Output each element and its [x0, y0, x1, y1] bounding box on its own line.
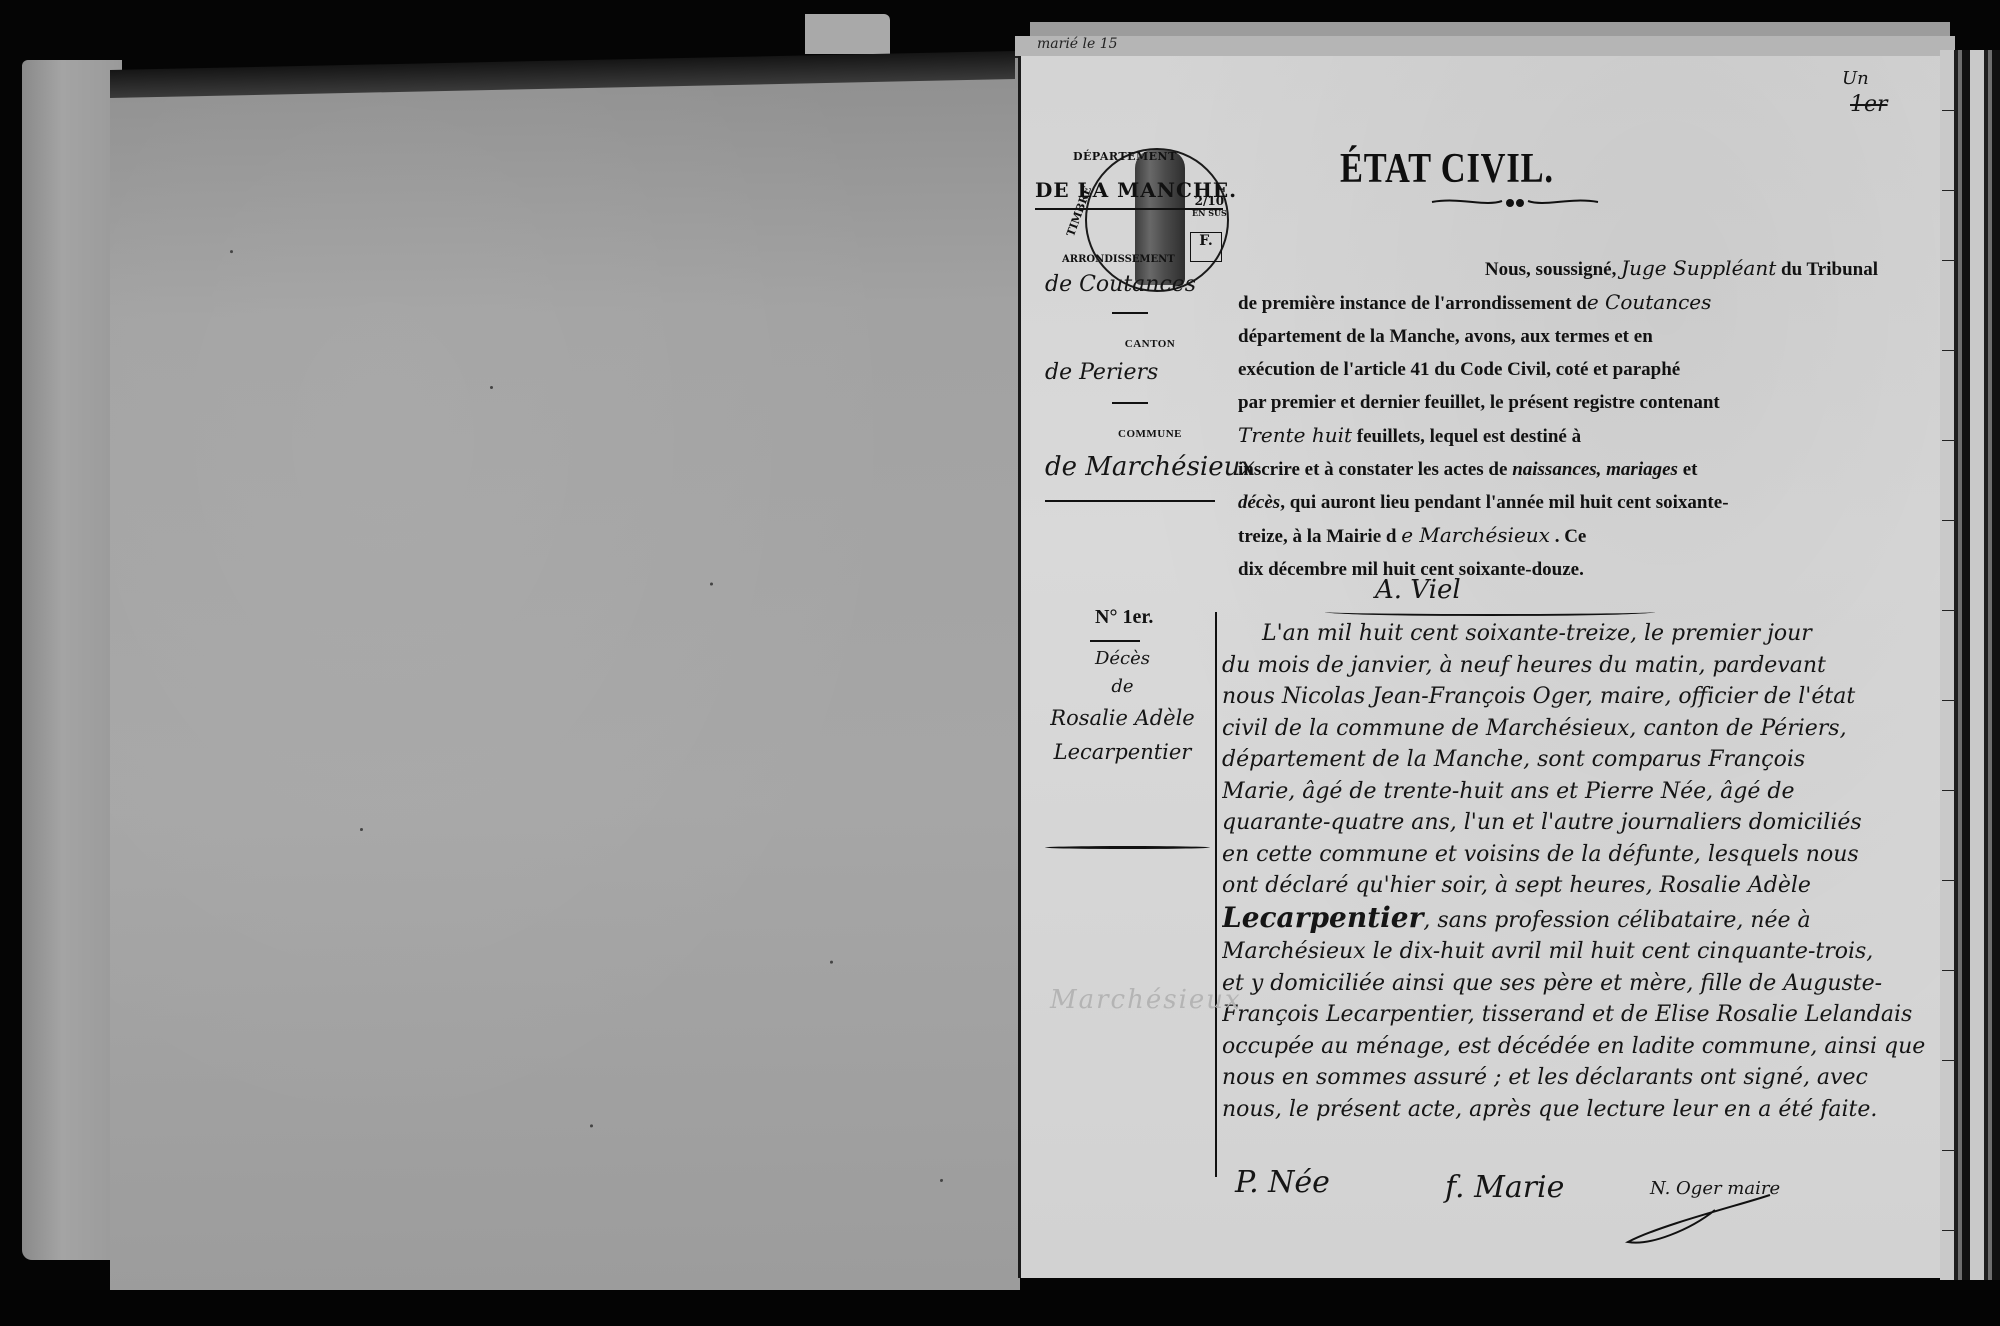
- act-line: Lecarpentier, sans profession célibatair…: [1222, 902, 1927, 937]
- tab-note: marié le 15: [1037, 36, 1118, 52]
- decl-line-7: inscrire et à constater les actes de nai…: [1238, 453, 1878, 486]
- act-line: quarante-quatre ans, l'un et l'autre jou…: [1222, 807, 1927, 839]
- act-line: nous en sommes assuré ; et les déclarant…: [1222, 1062, 1927, 1094]
- commune-label: COMMUNE: [1090, 428, 1210, 440]
- corner-initials: Un: [1842, 68, 1869, 89]
- act-line: civil de la commune de Marchésieux, cant…: [1222, 713, 1927, 745]
- act-line: et y domiciliée ainsi que ses père et mè…: [1222, 968, 1927, 1000]
- margin-bottom-rule: [1045, 846, 1210, 849]
- left-page-blank: [110, 58, 1020, 1308]
- act-line: du mois de janvier, à neuf heures du mat…: [1222, 650, 1927, 682]
- margin-divider: [1045, 500, 1215, 502]
- canton-label: CANTON: [1090, 338, 1210, 350]
- decl-line-3: département de la Manche, avons, aux ter…: [1238, 320, 1878, 353]
- decl-line-1: Nous, soussigné, Juge Suppléant du Tribu…: [1238, 252, 1878, 286]
- act-number: N° 1er.: [1095, 606, 1153, 629]
- decl-line-2: de première instance de l'arrondissement…: [1238, 286, 1878, 320]
- act-margin-name-1: Rosalie Adèle: [1035, 706, 1210, 730]
- act-line: occupée au ménage, est décédée en ladite…: [1222, 1031, 1927, 1063]
- margin-divider: [1112, 312, 1148, 314]
- mayor-signature-flourish-icon: [1620, 1190, 1780, 1250]
- decl-line-10: dix décembre mil huit cent soixante-douz…: [1238, 553, 1878, 586]
- act-vertical-rule: [1215, 612, 1217, 1177]
- signature-witness-1: P. Née: [1235, 1165, 1330, 1200]
- decl-line-9: treize, à la Mairie d e Marchésieux . Ce: [1238, 519, 1878, 553]
- mairie-hand: e Marchésieux: [1401, 523, 1550, 547]
- stamp-price: 2/10 EN SUS: [1192, 195, 1227, 219]
- act-margin-name-2: Lecarpentier: [1035, 740, 1210, 764]
- leaf-count: Trente huit: [1238, 423, 1352, 447]
- judge-title: Juge Suppléant: [1621, 256, 1776, 280]
- margin-divider: [1112, 402, 1148, 404]
- folio-mark: 1er: [1850, 92, 1888, 117]
- declaration-block: Nous, soussigné, Juge Suppléant du Tribu…: [1238, 252, 1878, 586]
- decl-line-5: par premier et dernier feuillet, le prés…: [1238, 386, 1878, 419]
- act-line: Marchésieux le dix-huit avril mil huit c…: [1222, 936, 1927, 968]
- act-type: Décès: [1035, 648, 1210, 669]
- commune-value: de Marchésieux: [1045, 452, 1255, 482]
- stamp-arrondissement: ARRONDISSEMENT: [1062, 254, 1175, 265]
- stamp-letter: F.: [1190, 232, 1222, 262]
- deceased-surname: Lecarpentier: [1222, 902, 1423, 934]
- act-line: ont déclaré qu'hier soir, à sept heures,…: [1222, 870, 1927, 902]
- decl-line-8: décès, qui auront lieu pendant l'année m…: [1238, 486, 1878, 519]
- decl-line-4: exécution de l'article 41 du Code Civil,…: [1238, 353, 1878, 386]
- act-line: nous Nicolas Jean-François Oger, maire, …: [1222, 681, 1927, 713]
- arrondissement-hand: e Coutances: [1587, 290, 1712, 314]
- stamp-price-value: 2/10: [1192, 195, 1227, 207]
- page-title: ÉTAT CIVIL.: [1340, 145, 1554, 193]
- signature-flourish: [1325, 608, 1655, 616]
- act-de: de: [1035, 676, 1210, 697]
- act-line: nous, le présent acte, après que lecture…: [1222, 1094, 1927, 1126]
- arrondissement-value: de Coutances: [1045, 272, 1196, 297]
- scan-background: [0, 1290, 2000, 1326]
- stacked-page-edge: marié le 15: [1015, 36, 1955, 58]
- act-number-underline: [1090, 640, 1140, 642]
- signature-witness-2: f. Marie: [1445, 1170, 1564, 1205]
- act-body: L'an mil huit cent soixante-treize, le p…: [1222, 618, 1927, 1125]
- left-cover-flap: [22, 60, 122, 1260]
- stamp-departement: DÉPARTEMENT: [1073, 150, 1177, 163]
- canton-value: de Periers: [1045, 360, 1158, 385]
- act-line: L'an mil huit cent soixante-treize, le p…: [1222, 618, 1927, 650]
- act-line: en cette commune et voisins de la défunt…: [1222, 839, 1927, 871]
- act-line: département de la Manche, sont comparus …: [1222, 744, 1927, 776]
- judge-signature: A. Viel: [1375, 575, 1461, 605]
- page-tab-behind: [805, 14, 890, 54]
- ghost-ink-transfer: Marchésieux: [1050, 985, 1242, 1015]
- stacked-page-edge: [1030, 22, 1950, 36]
- act-line: Marie, âgé de trente-huit ans et Pierre …: [1222, 776, 1927, 808]
- decl-line-6: Trente huit feuillets, lequel est destin…: [1238, 419, 1878, 453]
- act-line: François Lecarpentier, tisserand et de E…: [1222, 999, 1927, 1031]
- title-flourish-icon: [1430, 195, 1600, 209]
- edge-marks: [1942, 50, 1962, 1280]
- stamp-price-sub: EN SUS: [1192, 207, 1227, 219]
